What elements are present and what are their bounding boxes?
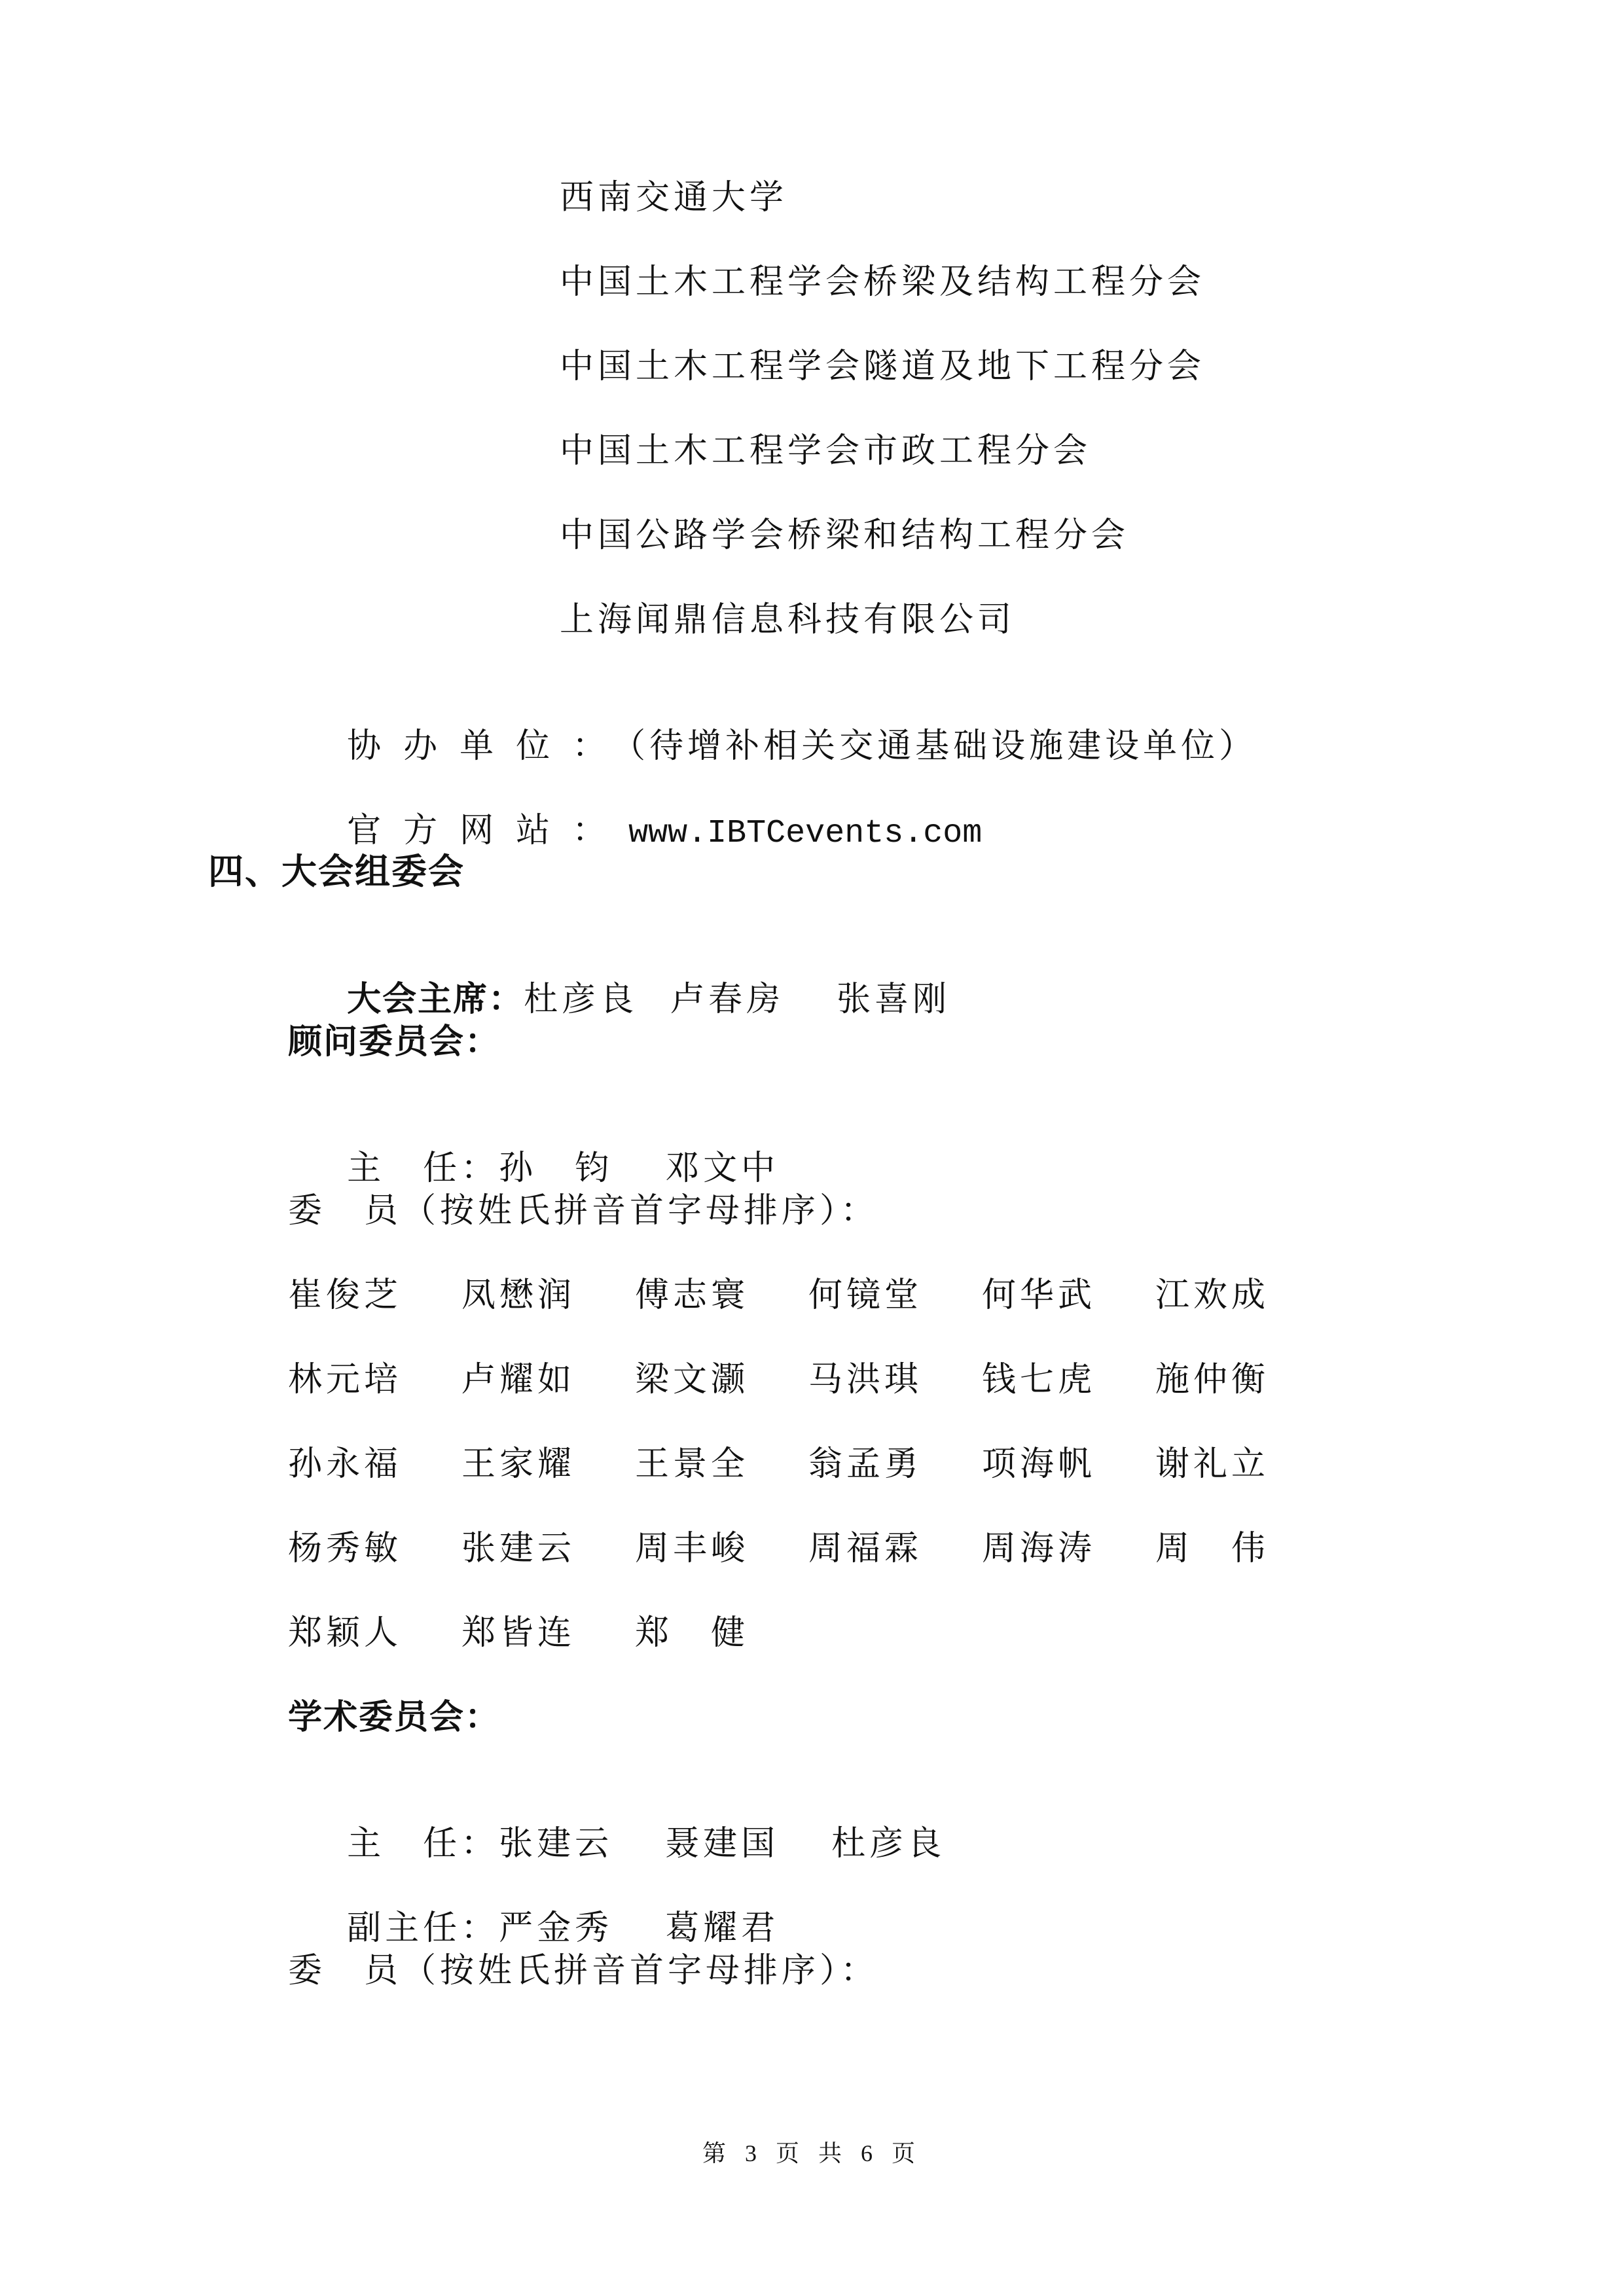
organizer-item: 中国土木工程学会隧道及地下工程分会 — [560, 346, 1205, 387]
member-name: 周丰峻 — [635, 1528, 749, 1570]
academic-deputy-name: 葛耀君 — [665, 1909, 779, 1948]
academic-director-name: 聂建国 — [665, 1824, 779, 1863]
document-page: 西南交通大学 中国土木工程学会桥梁及结构工程分会 中国土木工程学会隧道及地下工程… — [0, 0, 1624, 2296]
member-name: 王景全 — [635, 1443, 749, 1485]
organizer-item: 中国公路学会桥梁和结构工程分会 — [560, 514, 1129, 556]
member-name: 林元培 — [288, 1359, 402, 1401]
member-name: 施仲衡 — [1155, 1359, 1269, 1401]
member-name: 杨秀敏 — [288, 1528, 402, 1570]
advisory-director-name: 孙 钧 — [499, 1149, 613, 1188]
member-name: 张建云 — [461, 1528, 575, 1570]
chair-name: 张喜刚 — [837, 980, 950, 1019]
member-name: 何镜堂 — [808, 1274, 922, 1316]
academic-members-label: 委 员（按姓氏拼音首字母排序）： — [288, 1950, 878, 1992]
member-name: 郑皆连 — [461, 1612, 575, 1654]
member-name: 王家耀 — [461, 1443, 575, 1485]
member-name: 傅志寰 — [635, 1274, 749, 1316]
academic-committee-title: 学术委员会： — [288, 1696, 500, 1738]
member-name: 马洪琪 — [808, 1359, 922, 1401]
member-name: 孙永福 — [288, 1443, 402, 1485]
advisory-members-label: 委 员（按姓氏拼音首字母排序）： — [288, 1190, 878, 1232]
co-organizer-value: （待增补相关交通基础设施建设单位） — [628, 726, 1257, 766]
member-name: 郑颖人 — [288, 1612, 402, 1654]
organizer-item: 中国土木工程学会市政工程分会 — [560, 430, 1091, 472]
advisory-committee-title: 顾问委员会： — [288, 1021, 500, 1063]
organizer-item: 西南交通大学 — [560, 177, 787, 219]
website-link[interactable]: www.IBTCevents.com — [628, 815, 982, 852]
member-name: 谢礼立 — [1155, 1443, 1269, 1485]
co-organizer-label: 协办单位： — [347, 726, 628, 766]
chair-name: 杜彦良 — [524, 980, 638, 1019]
chair-name: 卢春房 — [670, 980, 784, 1019]
website-label: 官方网站： — [347, 811, 628, 850]
academic-director-label: 主 任： — [347, 1824, 499, 1863]
member-name: 周 伟 — [1155, 1528, 1269, 1570]
member-name: 江欢成 — [1155, 1274, 1269, 1316]
member-name: 凤懋润 — [461, 1274, 575, 1316]
member-name: 梁文灏 — [635, 1359, 749, 1401]
academic-deputy-name: 严金秀 — [499, 1909, 613, 1948]
member-name: 卢耀如 — [461, 1359, 575, 1401]
member-name: 项海帆 — [982, 1443, 1096, 1485]
organizer-item: 中国土木工程学会桥梁及结构工程分会 — [560, 261, 1205, 303]
advisory-director-name: 邓文中 — [665, 1149, 779, 1188]
member-name: 钱七虎 — [982, 1359, 1096, 1401]
chairs-label: 大会主席： — [347, 980, 524, 1019]
member-name: 周福霖 — [808, 1528, 922, 1570]
academic-director-name: 杜彦良 — [831, 1824, 945, 1863]
section-heading: 四、大会组委会 — [208, 851, 465, 893]
member-name: 周海涛 — [982, 1528, 1096, 1570]
member-name: 翁孟勇 — [808, 1443, 922, 1485]
page-number: 第 3 页 共 6 页 — [0, 2135, 1624, 2168]
member-name: 郑 健 — [635, 1612, 749, 1654]
academic-deputy-label: 副主任： — [347, 1909, 499, 1948]
organizer-item: 上海闻鼎信息科技有限公司 — [560, 599, 1015, 641]
member-name: 崔俊芝 — [288, 1274, 402, 1316]
member-name: 何华武 — [982, 1274, 1096, 1316]
advisory-director-label: 主 任： — [347, 1149, 499, 1188]
academic-director-name: 张建云 — [499, 1824, 613, 1863]
